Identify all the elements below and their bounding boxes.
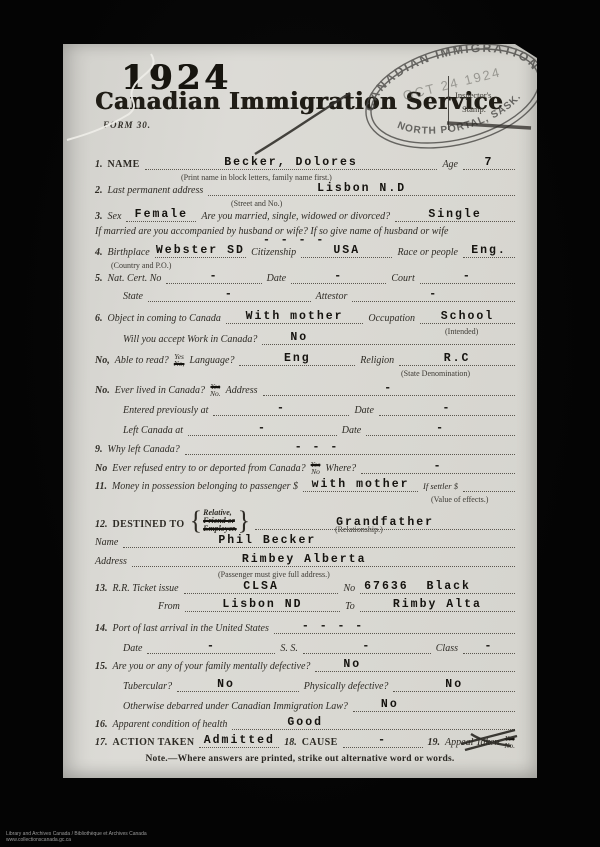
entered-date-line: - xyxy=(379,402,515,416)
birthplace-line: Webster SD xyxy=(155,244,246,258)
tubercular-line: No xyxy=(177,678,299,692)
address-value: Lisbon N.D xyxy=(208,182,515,195)
no-option: No. xyxy=(504,742,515,749)
debarred-value: No xyxy=(381,698,515,711)
why-left-value: - - - xyxy=(295,441,515,454)
mentally-defective-line: No xyxy=(315,658,515,672)
race-label: Race or people xyxy=(397,247,458,259)
yes-no-choice: Yes No. xyxy=(210,383,221,397)
nat-cert-label: Nat. Cert. No xyxy=(108,273,162,285)
no-option-struck: No, xyxy=(174,360,185,367)
field-row-address: 2. Last permanent address Lisbon N.D xyxy=(95,182,515,196)
action-taken-line: Admitted xyxy=(199,734,279,748)
age-line: 7 xyxy=(463,156,515,170)
field-number: 13. xyxy=(95,583,108,595)
ss-label: S. S. xyxy=(280,643,298,655)
left-brace: { xyxy=(190,510,202,532)
field-number: 17. xyxy=(95,737,108,749)
field-number: 14. xyxy=(95,623,108,635)
sex-line: Female xyxy=(126,208,196,222)
field-row-able-to-read: No, Able to read? Yes No, Language? Eng … xyxy=(95,352,515,366)
field-number: 15. xyxy=(95,661,108,673)
age-label: Age xyxy=(442,159,458,171)
sex-value: Female xyxy=(126,208,196,221)
why-left-line: - - - xyxy=(185,441,515,455)
race-value: Eng. xyxy=(463,244,515,257)
address-line: Lisbon N.D xyxy=(208,182,515,196)
religion-value: R.C xyxy=(399,352,515,365)
destined-address-value: Rimbey Alberta xyxy=(242,553,515,566)
cert-date-label: Date xyxy=(267,273,286,285)
form-30-document: 1924 Canadian Immigration Service FORM 3… xyxy=(63,44,537,778)
occupation-line: School xyxy=(420,310,515,324)
field-number: 6. xyxy=(95,313,103,325)
field-number: 18. xyxy=(284,737,297,749)
field-row-destined-to: 12. DESTINED TO { Relative, Friend or Em… xyxy=(95,506,515,530)
field-row-otherwise-debarred: Otherwise debarred under Canadian Immigr… xyxy=(123,698,515,712)
name-line: Becker, Dolores xyxy=(145,156,438,170)
canada-address-label: Address xyxy=(226,385,258,397)
field-number: No xyxy=(95,463,107,475)
field-row-why-left: 9. Why left Canada? - - - xyxy=(95,441,515,455)
attestor-line: - xyxy=(352,288,515,302)
cert-date-value: - xyxy=(291,270,386,283)
where-label: Where? xyxy=(325,463,356,475)
object-value: With mother xyxy=(226,310,364,323)
state-line: - xyxy=(148,288,311,302)
race-line: Eng. xyxy=(463,244,515,258)
from-line: Lisbon ND xyxy=(185,598,340,612)
field-row-object: 6. Object in coming to Canada With mothe… xyxy=(95,310,515,324)
entered-value: - xyxy=(213,402,349,415)
state-label: State xyxy=(123,291,143,303)
field-row-ticket-from-to: From Lisbon ND To Rimby Alta xyxy=(158,598,515,612)
stamp-date: OCT 24 1924 xyxy=(401,64,502,103)
court-label: Court xyxy=(391,273,414,285)
from-label: From xyxy=(158,601,180,613)
entered-date-label: Date xyxy=(354,405,373,417)
entered-label: Entered previously at xyxy=(123,405,208,417)
name-value: Becker, Dolores xyxy=(145,156,438,169)
able-to-read-label: Able to read? xyxy=(115,355,169,367)
to-value: Rimby Alta xyxy=(360,598,515,611)
field-row-refused-entry: No Ever refused entry to or deported fro… xyxy=(95,460,515,474)
money-label: Money in possession belonging to passeng… xyxy=(112,481,298,493)
marital-question: Are you married, single, widowed or divo… xyxy=(201,211,390,223)
money-value: with mother xyxy=(303,478,418,491)
to-label: To xyxy=(345,601,355,613)
court-line: - xyxy=(420,270,515,284)
archive-attribution: Library and Archives Canada / Bibliothèq… xyxy=(6,831,147,843)
field-row-health: 16. Apparent condition of health Good xyxy=(95,716,515,730)
field-row-tubercular: Tubercular? No Physically defective? No xyxy=(123,678,515,692)
destined-name-value: Phil Becker xyxy=(218,534,515,547)
left-canada-value: - xyxy=(188,422,337,435)
field-row-money: 11. Money in possession belonging to pas… xyxy=(95,478,515,492)
birthplace-sublabel: (Country and P.O.) xyxy=(111,261,171,270)
where-line: - xyxy=(361,460,515,474)
object-line: With mother xyxy=(226,310,364,324)
debarred-label: Otherwise debarred under Canadian Immigr… xyxy=(123,701,348,713)
field-row-birthplace: 4. Birthplace Webster SD Citizenship USA… xyxy=(95,244,515,258)
money-line: with mother xyxy=(303,478,418,492)
field-number: 5. xyxy=(95,273,103,285)
field-row-sex: 3. Sex Female Are you married, single, w… xyxy=(95,208,515,222)
port-arrival-value: - - - - xyxy=(302,620,515,633)
ticket-issue-value: CLSA xyxy=(184,580,339,593)
destined-to-label: DESTINED TO xyxy=(113,519,185,531)
attribution-line2: www.collectionscanada.gc.ca xyxy=(6,837,147,843)
yes-no-choice: Yes No, xyxy=(174,353,185,367)
class-line: - xyxy=(463,640,515,654)
cause-line: - xyxy=(343,734,423,748)
class-label: Class xyxy=(436,643,458,655)
relationship-value: Grandfather xyxy=(255,516,515,529)
ticket-number-label: No xyxy=(343,583,355,595)
money-sublabel: (Value of effects.) xyxy=(431,495,488,504)
entered-date-value: - xyxy=(379,402,515,415)
religion-label: Religion xyxy=(360,355,394,367)
relationship-line: Grandfather xyxy=(255,516,515,530)
state-value: - xyxy=(148,288,311,301)
destined-address-label: Address xyxy=(95,556,127,568)
accept-work-line: No xyxy=(262,331,515,345)
ss-line: - xyxy=(303,640,431,654)
health-line: Good xyxy=(232,716,515,730)
appeal-taken-label: Appeal Taken xyxy=(445,737,499,749)
citizenship-label: Citizenship xyxy=(251,247,296,259)
mentally-defective-label: Are you or any of your family mentally d… xyxy=(113,661,311,673)
occupation-value: School xyxy=(420,310,515,323)
physically-defective-value: No xyxy=(393,678,515,691)
to-line: Rimby Alta xyxy=(360,598,515,612)
field-row-rr-ticket: 13. R.R. Ticket issue CLSA No 67636 Blac… xyxy=(95,580,515,594)
left-date-label: Date xyxy=(342,425,361,437)
mentally-defective-value: No xyxy=(343,658,515,671)
field-row-destined-address: Address Rimbey Alberta xyxy=(95,553,515,567)
field-number: 16. xyxy=(95,719,108,731)
port-arrival-label: Port of last arrival in the United State… xyxy=(113,623,269,635)
marital-line: Single xyxy=(395,208,515,222)
field-row-destined-name: Name Phil Becker xyxy=(95,534,515,548)
birthplace-label: Birthplace xyxy=(108,247,150,259)
address-sublabel: (Street and No.) xyxy=(231,199,282,208)
right-brace: } xyxy=(238,510,250,532)
field-row-left-canada: Left Canada at - Date - xyxy=(123,422,515,436)
accept-work-label: Will you accept Work in Canada? xyxy=(123,334,257,346)
yes-no-choice: Yes No xyxy=(311,461,321,475)
language-label: Language? xyxy=(189,355,234,367)
nat-cert-value: - xyxy=(166,270,261,283)
field-row-mentally-defective: 15. Are you or any of your family mental… xyxy=(95,658,515,672)
destined-name-label: Name xyxy=(95,537,118,549)
settler-label: If settler $ xyxy=(423,482,458,492)
nat-cert-line: - xyxy=(166,270,261,284)
field-number: 12. xyxy=(95,519,108,531)
field-number: No, xyxy=(95,355,110,367)
debarred-line: No xyxy=(353,698,515,712)
age-value: 7 xyxy=(463,156,515,169)
field-row-ever-lived: No. Ever lived in Canada? Yes No. Addres… xyxy=(95,382,515,396)
port-arrival-line: - - - - xyxy=(274,620,515,634)
relationship-sublabel: (Relationship.) xyxy=(335,525,383,534)
form-note: Note.—Where answers are printed, strike … xyxy=(63,754,537,764)
cause-label: CAUSE xyxy=(302,737,338,749)
arrival-date-value: - xyxy=(147,640,275,653)
immigration-oval-stamp-icon: CANADIAN IMMIGRATION NORTH PORTAL, SASK.… xyxy=(349,44,537,173)
ticket-number-value: 67636 Black xyxy=(364,580,515,593)
action-taken-value: Admitted xyxy=(199,734,279,747)
arrival-date-label: Date xyxy=(123,643,142,655)
health-label: Apparent condition of health xyxy=(113,719,228,731)
language-line: Eng xyxy=(239,352,355,366)
citizenship-line: USA xyxy=(301,244,392,258)
religion-sublabel: (State Denomination) xyxy=(401,369,470,378)
ever-lived-label: Ever lived in Canada? xyxy=(115,385,205,397)
field-number: 2. xyxy=(95,185,103,197)
no-option: No. xyxy=(210,390,221,397)
no-option: No xyxy=(311,468,320,475)
language-value: Eng xyxy=(239,352,355,365)
court-value: - xyxy=(420,270,515,283)
where-value: - xyxy=(361,460,515,473)
ticket-number-line: 67636 Black xyxy=(360,580,515,594)
religion-line: R.C xyxy=(399,352,515,366)
why-left-label: Why left Canada? xyxy=(108,444,180,456)
destined-address-sublabel: (Passenger must give full address.) xyxy=(218,570,330,579)
physically-defective-label: Physically defective? xyxy=(304,681,389,693)
birthplace-value: Webster SD xyxy=(155,244,246,257)
attestor-value: - xyxy=(352,288,515,301)
field-row-action-taken: 17. ACTION TAKEN Admitted 18. CAUSE - 19… xyxy=(95,734,515,748)
cause-value: - xyxy=(343,734,423,747)
accept-work-value: No xyxy=(290,331,515,344)
destined-name-line: Phil Becker xyxy=(123,534,515,548)
field-number: 1. xyxy=(95,159,103,171)
left-date-line: - xyxy=(366,422,515,436)
employer-option-struck: Employer. xyxy=(203,525,237,533)
field-number: 9. xyxy=(95,444,103,456)
tubercular-label: Tubercular? xyxy=(123,681,172,693)
canada-address-value: - xyxy=(263,382,516,395)
tubercular-value: No xyxy=(217,678,299,691)
marital-value: Single xyxy=(395,208,515,221)
field-row-name: 1. NAME Becker, Dolores Age 7 xyxy=(95,156,515,170)
address-label: Last permanent address xyxy=(108,185,204,197)
health-value: Good xyxy=(287,716,515,729)
left-date-value: - xyxy=(366,422,515,435)
destined-address-line: Rimbey Alberta xyxy=(132,553,515,567)
field-row-entered-previously: Entered previously at - Date - xyxy=(123,402,515,416)
name-sublabel: (Print name in block letters, family nam… xyxy=(181,173,332,182)
settler-line xyxy=(463,478,515,492)
field-row-nat-cert: 5. Nat. Cert. No - Date - Court - xyxy=(95,270,515,284)
cert-date-line: - xyxy=(291,270,386,284)
citizenship-value: USA xyxy=(301,244,392,257)
ss-value: - xyxy=(303,640,431,653)
field-number: 4. xyxy=(95,247,103,259)
entered-line: - xyxy=(213,402,349,416)
relative-friend-employer-brace: { Relative, Friend or Employer. } xyxy=(190,509,251,533)
field-number: No. xyxy=(95,385,110,397)
arrival-date-line: - xyxy=(147,640,275,654)
left-canada-line: - xyxy=(188,422,337,436)
field-number: 3. xyxy=(95,211,103,223)
field-row-state-attestor: State - Attestor - xyxy=(123,288,515,302)
occupation-label: Occupation xyxy=(368,313,415,325)
scan-background: 1924 Canadian Immigration Service FORM 3… xyxy=(0,0,600,847)
form-number: FORM 30. xyxy=(103,120,151,130)
ticket-issue-line: CLSA xyxy=(184,580,339,594)
field-number: 11. xyxy=(95,481,107,493)
field-number: 19. xyxy=(428,737,441,749)
action-taken-label: ACTION TAKEN xyxy=(113,737,195,749)
from-value: Lisbon ND xyxy=(185,598,340,611)
class-value: - xyxy=(463,640,515,653)
field-row-accept-work: Will you accept Work in Canada? No xyxy=(123,331,515,345)
refused-entry-label: Ever refused entry to or deported from C… xyxy=(112,463,305,475)
name-label: NAME xyxy=(108,159,140,171)
physically-defective-line: No xyxy=(393,678,515,692)
sex-label: Sex xyxy=(108,211,122,223)
attestor-label: Attestor xyxy=(316,291,348,303)
left-canada-label: Left Canada at xyxy=(123,425,183,437)
ticket-issue-label: R.R. Ticket issue xyxy=(113,583,179,595)
yes-no-choice: Yes No. xyxy=(504,735,515,749)
canada-address-line: - xyxy=(263,382,516,396)
object-label: Object in coming to Canada xyxy=(108,313,221,325)
field-row-port-arrival: 14. Port of last arrival in the United S… xyxy=(95,620,515,634)
field-row-arrival-details: Date - S. S. - Class - xyxy=(123,640,515,654)
